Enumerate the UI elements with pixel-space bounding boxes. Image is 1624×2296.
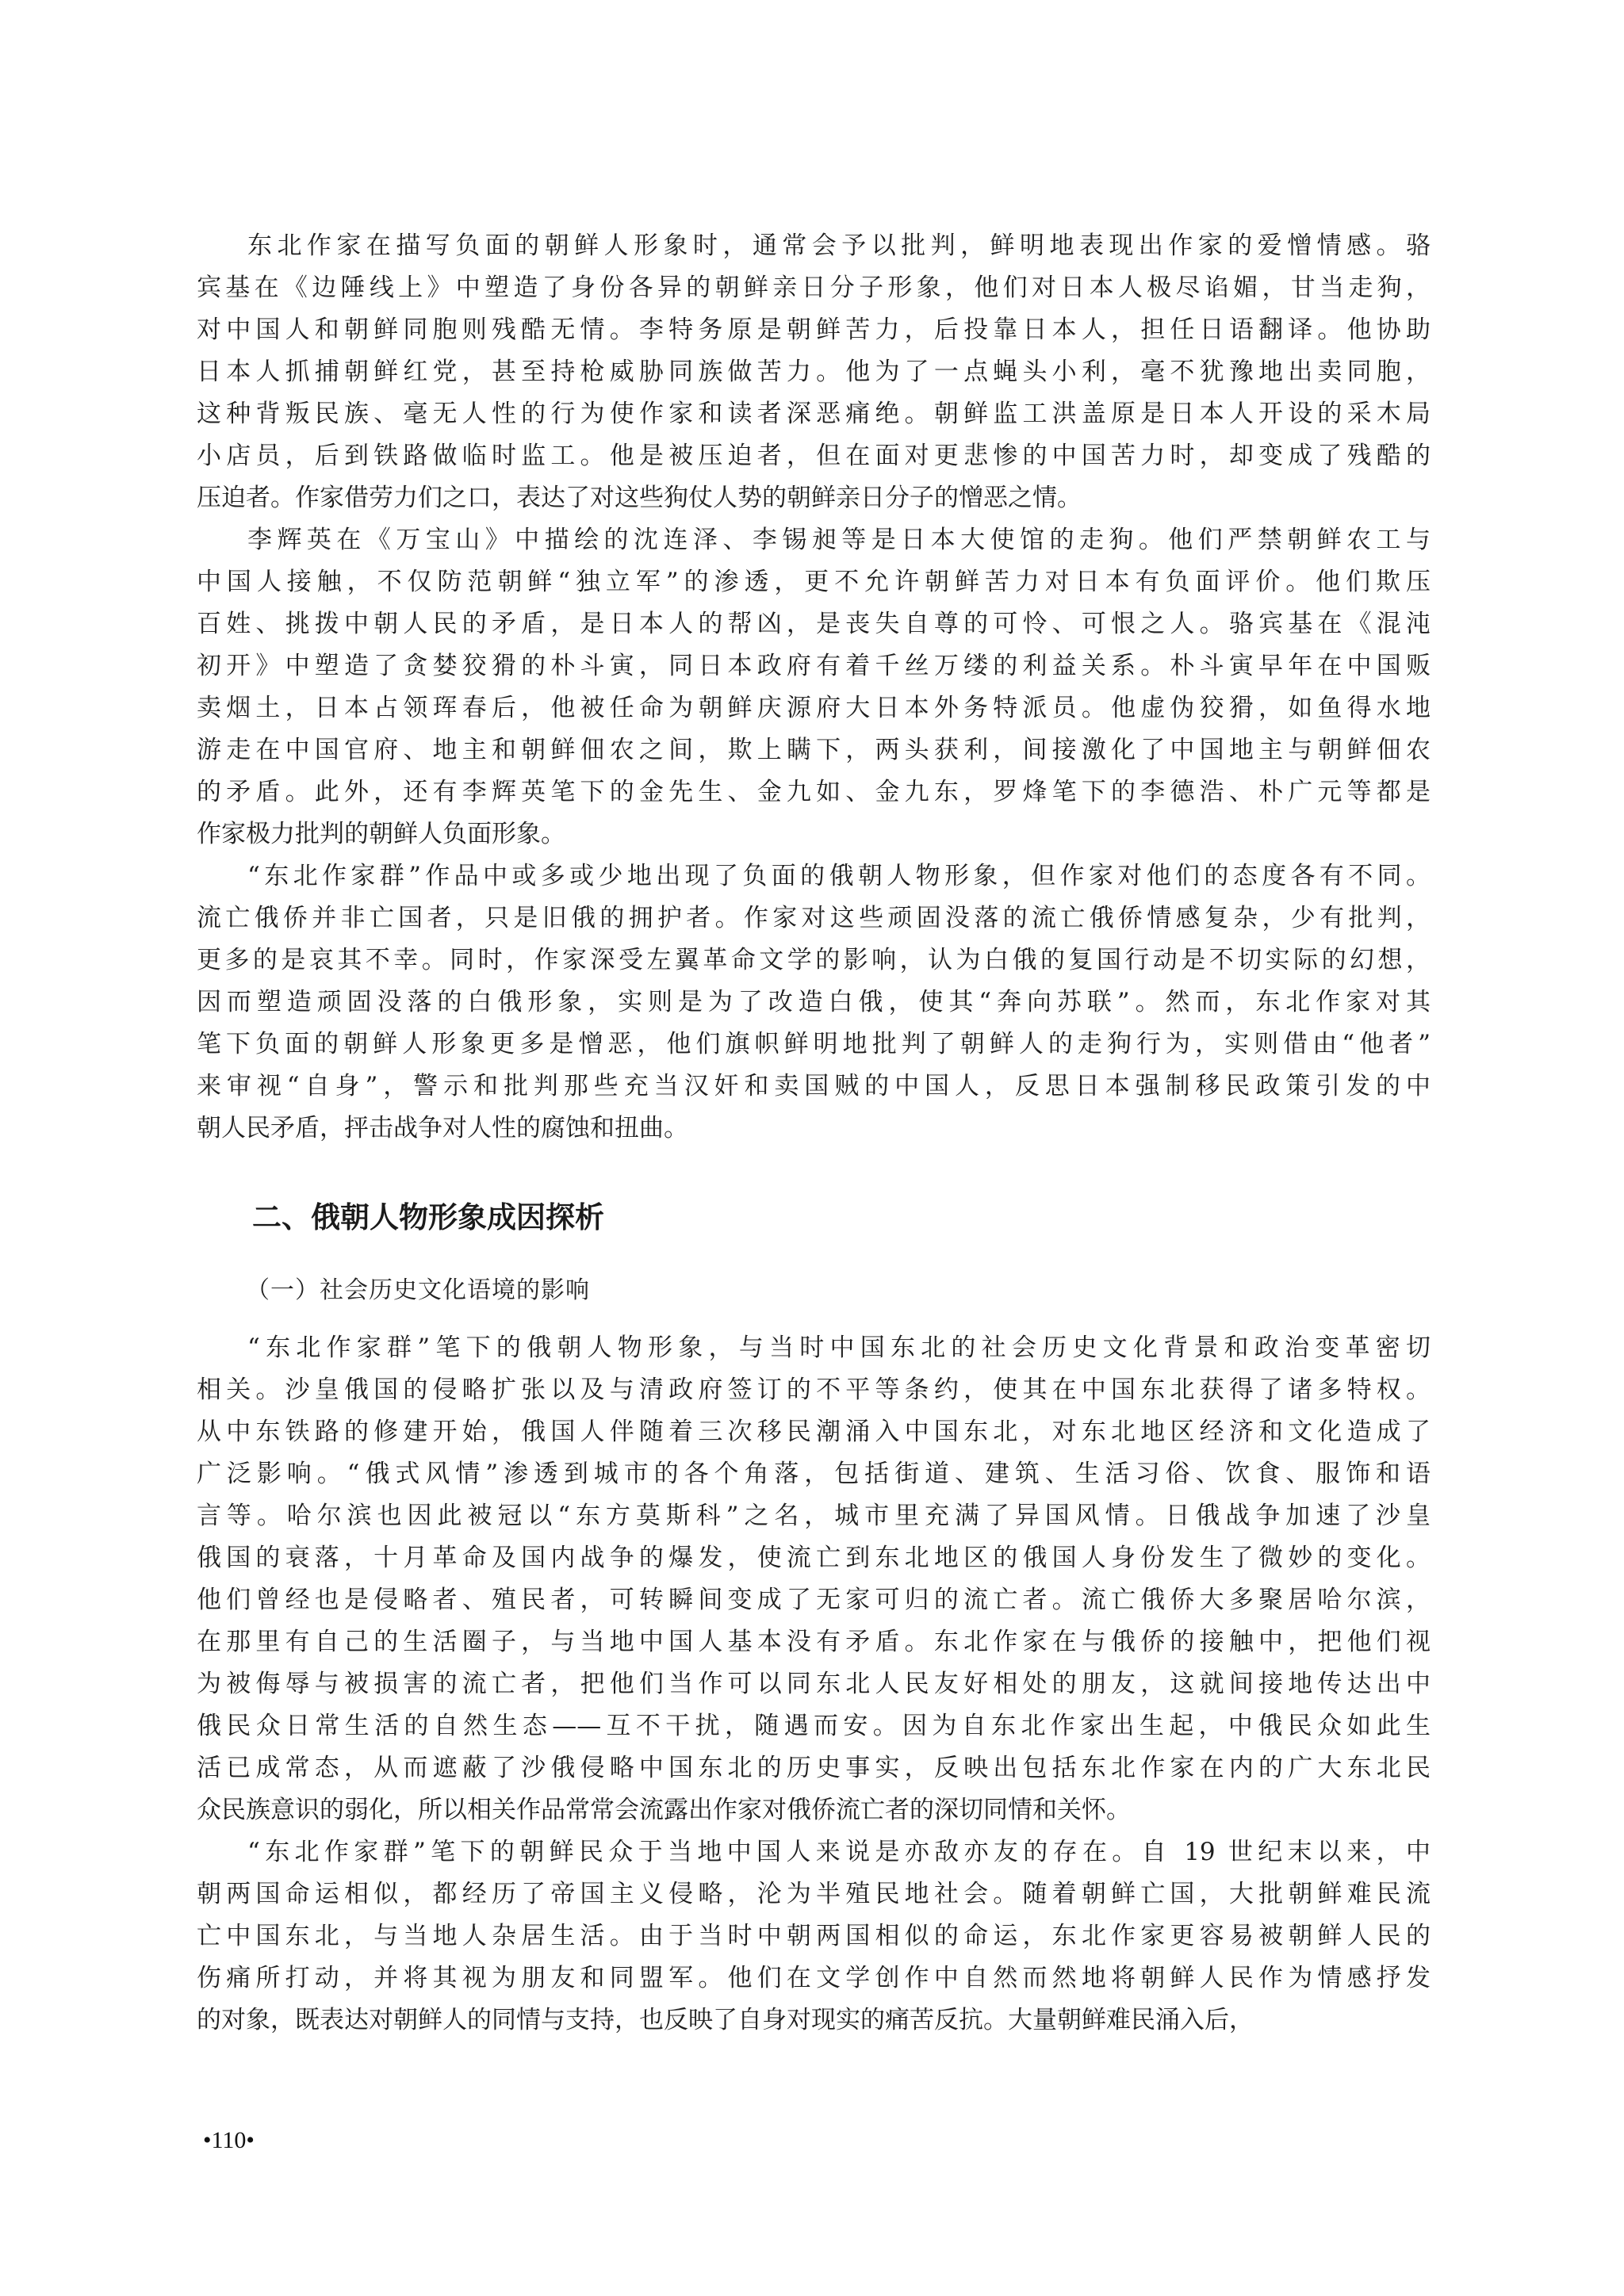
text-line: 李辉英在《万宝山》中描绘的沈连泽、李锡昶等是日本大使馆的走狗。他们严禁朝鲜农工与: [197, 519, 1431, 561]
paragraph-5: “东北作家群”笔下的朝鲜民众于当地中国人来说是亦敌亦友的存在。自 19 世纪末以…: [197, 1831, 1431, 2042]
text-line: 他们曾经也是侵略者、殖民者，可转瞬间变成了无家可归的流亡者。流亡俄侨大多聚居哈尔…: [197, 1579, 1431, 1621]
text-line: 日本人抓捕朝鲜红党，甚至持枪威胁同族做苦力。他为了一点蝇头小利，毫不犹豫地出卖同…: [197, 351, 1431, 393]
subsection-heading: （一）社会历史文化语境的影响: [246, 1273, 590, 1308]
text-line: “东北作家群”笔下的朝鲜民众于当地中国人来说是亦敌亦友的存在。自 19 世纪末以…: [197, 1831, 1431, 1873]
text-line: 压迫者。作家借劳力们之口，表达了对这些狗仗人势的朝鲜亲日分子的憎恶之情。: [197, 477, 1431, 519]
text-line: 百姓、挑拨中朝人民的矛盾，是日本人的帮凶，是丧失自尊的可怜、可恨之人。骆宾基在《…: [197, 603, 1431, 645]
text-line: 初开》中塑造了贪婪狡猾的朴斗寅，同日本政府有着千丝万缕的利益关系。朴斗寅早年在中…: [197, 645, 1431, 687]
paragraph-4: “东北作家群”笔下的俄朝人物形象，与当时中国东北的社会历史文化背景和政治变革密切…: [197, 1327, 1431, 1831]
paragraph-3: “东北作家群”作品中或多或少地出现了负面的俄朝人物形象，但作家对他们的态度各有不…: [197, 855, 1431, 1150]
text-line: 游走在中国官府、地主和朝鲜佃农之间，欺上瞒下，两头获利，间接激化了中国地主与朝鲜…: [197, 729, 1431, 771]
text-line: 活已成常态，从而遮蔽了沙俄侵略中国东北的历史事实，反映出包括东北作家在内的广大东…: [197, 1747, 1431, 1789]
text-line: 朝两国命运相似，都经历了帝国主义侵略，沦为半殖民地社会。随着朝鲜亡国，大批朝鲜难…: [197, 1873, 1431, 1915]
text-line: 从中东铁路的修建开始，俄国人伴随着三次移民潮涌入中国东北，对东北地区经济和文化造…: [197, 1411, 1431, 1453]
text-line: 中国人接触，不仅防范朝鲜“独立军”的渗透，更不允许朝鲜苦力对日本有负面评价。他们…: [197, 561, 1431, 603]
text-line: 更多的是哀其不幸。同时，作家深受左翼革命文学的影响，认为白俄的复国行动是不切实际…: [197, 939, 1431, 982]
text-line: 的矛盾。此外，还有李辉英笔下的金先生、金九如、金九东，罗烽笔下的李德浩、朴广元等…: [197, 771, 1431, 813]
page-number: •110•: [203, 2126, 255, 2155]
text-line: 朝人民矛盾，抨击战争对人性的腐蚀和扭曲。: [197, 1108, 1431, 1150]
paragraph-1: 东北作家在描写负面的朝鲜人形象时，通常会予以批判，鲜明地表现出作家的爱憎情感。骆…: [197, 225, 1431, 519]
text-line: 东北作家在描写负面的朝鲜人形象时，通常会予以批判，鲜明地表现出作家的爱憎情感。骆: [197, 225, 1431, 267]
text-line: 为被侮辱与被损害的流亡者，把他们当作可以同东北人民友好相处的朋友，这就间接地传达…: [197, 1663, 1431, 1705]
document-page: 东北作家在描写负面的朝鲜人形象时，通常会予以批判，鲜明地表现出作家的爱憎情感。骆…: [0, 0, 1624, 2296]
text-line: 众民族意识的弱化，所以相关作品常常会流露出作家对俄侨流亡者的深切同情和关怀。: [197, 1789, 1431, 1831]
text-line: “东北作家群”作品中或多或少地出现了负面的俄朝人物形象，但作家对他们的态度各有不…: [197, 855, 1431, 897]
paragraph-2: 李辉英在《万宝山》中描绘的沈连泽、李锡昶等是日本大使馆的走狗。他们严禁朝鲜农工与…: [197, 519, 1431, 855]
text-line: 来审视“自身”，警示和批判那些充当汉奸和卖国贼的中国人，反思日本强制移民政策引发…: [197, 1066, 1431, 1108]
text-line: 广泛影响。“俄式风情”渗透到城市的各个角落，包括街道、建筑、生活习俗、饮食、服饰…: [197, 1453, 1431, 1495]
text-line: 笔下负面的朝鲜人形象更多是憎恶，他们旗帜鲜明地批判了朝鲜人的走狗行为，实则借由“…: [197, 1024, 1431, 1066]
text-line: 作家极力批判的朝鲜人负面形象。: [197, 813, 1431, 855]
text-line: 小店员，后到铁路做临时监工。他是被压迫者，但在面对更悲惨的中国苦力时，却变成了残…: [197, 435, 1431, 477]
text-line: 言等。哈尔滨也因此被冠以“东方莫斯科”之名，城市里充满了异国风情。日俄战争加速了…: [197, 1495, 1431, 1537]
text-line: 卖烟土，日本占领珲春后，他被任命为朝鲜庆源府大日本外务特派员。他虚伪狡猾，如鱼得…: [197, 687, 1431, 729]
text-line: 这种背叛民族、毫无人性的行为使作家和读者深恶痛绝。朝鲜监工洪盖原是日本人开设的采…: [197, 393, 1431, 435]
text-line: 伤痛所打动，并将其视为朋友和同盟军。他们在文学创作中自然而然地将朝鲜人民作为情感…: [197, 1957, 1431, 1999]
text-line: 因而塑造顽固没落的白俄形象，实则是为了改造白俄，使其“奔向苏联”。然而，东北作家…: [197, 982, 1431, 1024]
text-line: 俄国的衰落，十月革命及国内战争的爆发，使流亡到东北地区的俄国人身份发生了微妙的变…: [197, 1537, 1431, 1579]
text-line: 在那里有自己的生活圈子，与当地中国人基本没有矛盾。东北作家在与俄侨的接触中，把他…: [197, 1621, 1431, 1663]
text-line: 俄民众日常生活的自然生态——互不干扰，随遇而安。因为自东北作家出生起，中俄民众如…: [197, 1705, 1431, 1747]
section-heading: 二、俄朝人物形象成因探析: [252, 1199, 604, 1237]
text-line: 亡中国东北，与当地人杂居生活。由于当时中朝两国相似的命运，东北作家更容易被朝鲜人…: [197, 1915, 1431, 1957]
text-line: “东北作家群”笔下的俄朝人物形象，与当时中国东北的社会历史文化背景和政治变革密切: [197, 1327, 1431, 1369]
text-line: 对中国人和朝鲜同胞则残酷无情。李特务原是朝鲜苦力，后投靠日本人，担任日语翻译。他…: [197, 309, 1431, 351]
text-line: 的对象，既表达对朝鲜人的同情与支持，也反映了自身对现实的痛苦反抗。大量朝鲜难民涌…: [197, 1999, 1431, 2042]
text-line: 流亡俄侨并非亡国者，只是旧俄的拥护者。作家对这些顽固没落的流亡俄侨情感复杂，少有…: [197, 897, 1431, 939]
text-line: 相关。沙皇俄国的侵略扩张以及与清政府签订的不平等条约，使其在中国东北获得了诸多特…: [197, 1369, 1431, 1411]
text-line: 宾基在《边陲线上》中塑造了身份各异的朝鲜亲日分子形象，他们对日本人极尽谄媚，甘当…: [197, 267, 1431, 309]
